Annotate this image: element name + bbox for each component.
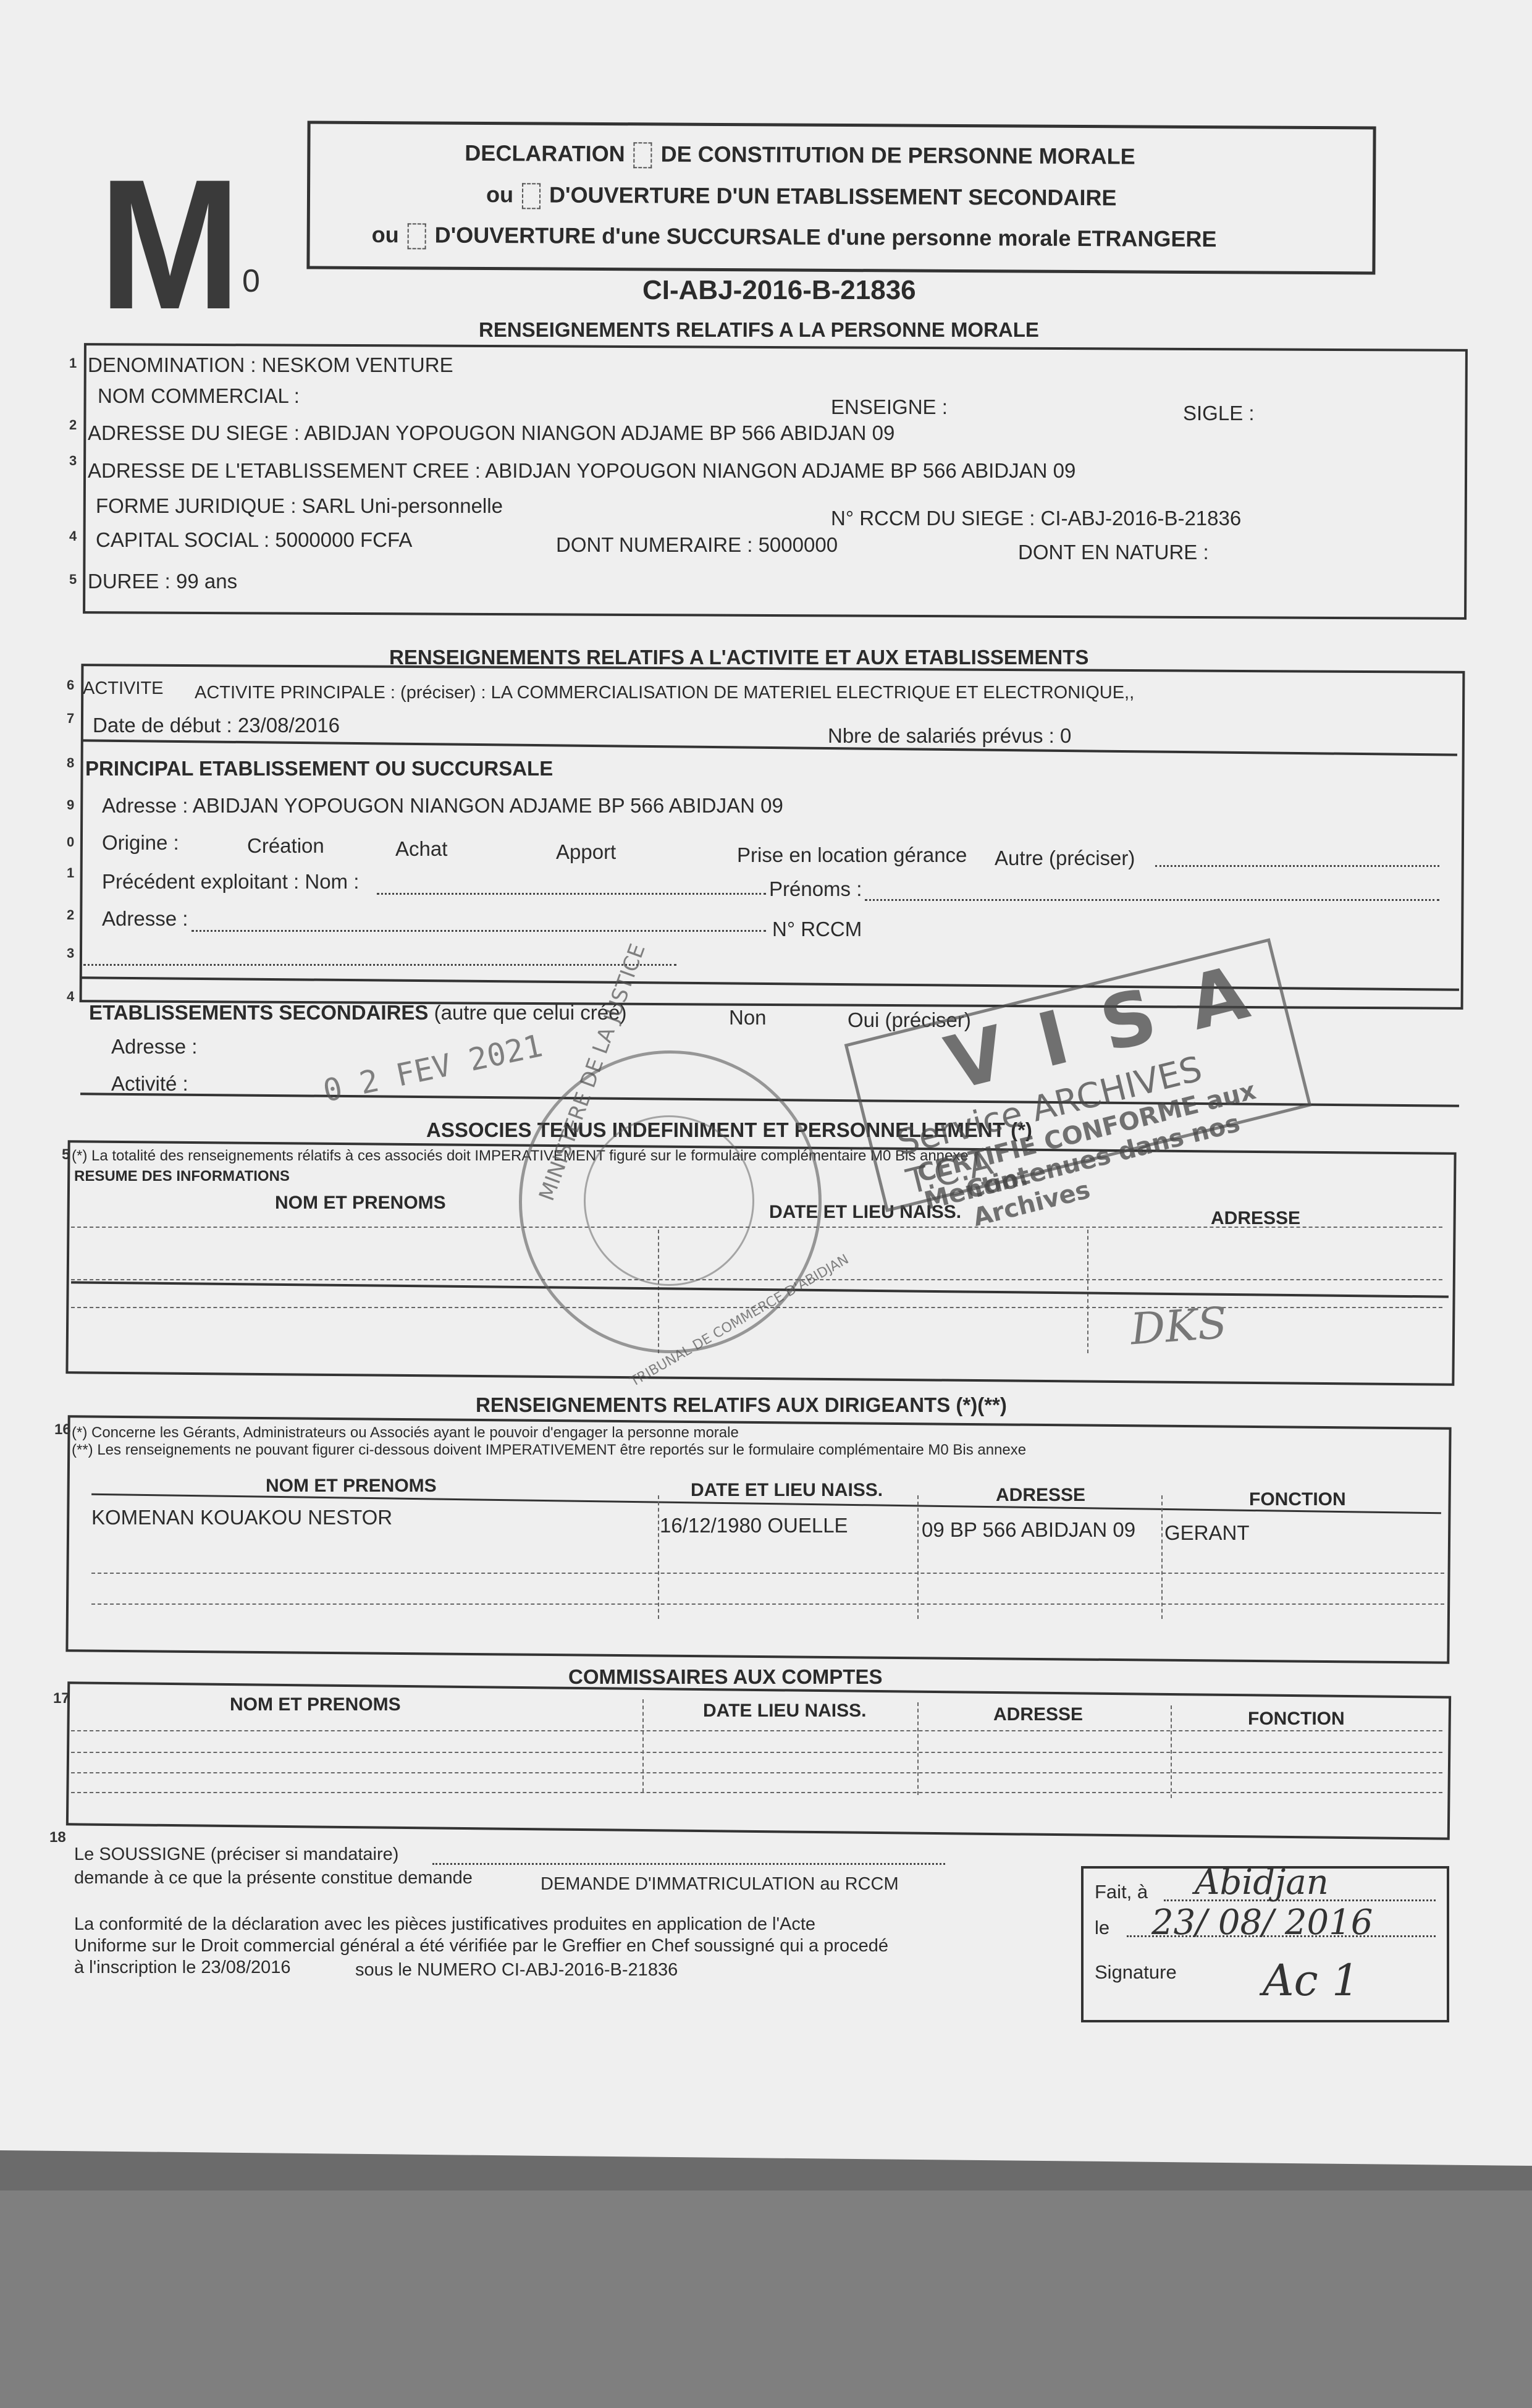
section-title-commissaires: COMMISSAIRES AUX COMPTES xyxy=(568,1665,883,1689)
commissaires-col-sep xyxy=(917,1702,919,1795)
line-number: 4 xyxy=(67,989,74,1005)
demande-label: demande à ce que la présente constitue d… xyxy=(74,1868,473,1888)
line-number: 0 xyxy=(67,834,74,850)
dirigeant-naissance: 16/12/1980 OUELLE xyxy=(660,1514,848,1537)
line-number: 7 xyxy=(67,711,74,727)
sigle: SIGLE : xyxy=(1183,402,1255,425)
commissaires-col-naissance: DATE LIEU NAISS. xyxy=(703,1700,866,1722)
secondaire-activite-label: Activité : xyxy=(111,1072,188,1096)
origine-autre-field[interactable] xyxy=(1155,865,1439,867)
capital-social: CAPITAL SOCIAL : 5000000 FCFA xyxy=(96,528,412,552)
origine-label: Origine : xyxy=(102,831,179,855)
secondaires-non[interactable]: Non xyxy=(729,1006,767,1029)
declaration-line-succursale: ouD'OUVERTURE d'une SUCCURSALE d'une per… xyxy=(372,222,1217,254)
dirigeants-col-sep xyxy=(917,1495,919,1619)
activite-principale: ACTIVITE PRINCIPALE : (préciser) : LA CO… xyxy=(195,683,1134,703)
signature-box: Fait, à Abidjan le 23/ 08/ 2016 Signatur… xyxy=(1081,1866,1449,2022)
dirigeants-col-fonction: FONCTION xyxy=(1249,1489,1346,1510)
dirigeants-col-adresse: ADRESSE xyxy=(996,1485,1085,1506)
duree: DUREE : 99 ans xyxy=(88,570,237,593)
nombre-salaries: Nbre de salariés prévus : 0 xyxy=(828,724,1071,748)
checkbox-constitution[interactable] xyxy=(634,143,652,169)
section-title-personne-morale: RENSEIGNEMENTS RELATIFS A LA PERSONNE MO… xyxy=(479,318,1039,342)
declaration-line-secondaire: ouD'OUVERTURE D'UN ETABLISSEMENT SECONDA… xyxy=(486,182,1117,213)
conformite-line-3: à l'inscription le 23/08/2016 xyxy=(74,1958,291,1978)
line-number: 2 xyxy=(67,907,74,923)
signature-value: Ac 1 xyxy=(1263,1955,1360,2006)
conformite-line-2: Uniforme sur le Droit commercial général… xyxy=(74,1936,888,1956)
origine-achat[interactable]: Achat xyxy=(395,837,447,861)
checkbox-succursale[interactable] xyxy=(408,224,426,250)
dirigeant-nom: KOMENAN KOUAKOU NESTOR xyxy=(91,1506,392,1529)
dirigeants-col-sep xyxy=(658,1495,659,1619)
associes-resume: RESUME DES INFORMATIONS xyxy=(74,1168,290,1185)
signature-label: Signature xyxy=(1095,1961,1177,1983)
tribunal-round-stamp: MINISTERE DE LA JUSTICE TRIBUNAL DE COMM… xyxy=(519,1050,822,1353)
dirigeant-fonction: GERANT xyxy=(1164,1521,1250,1545)
associes-col-adresse: ADRESSE xyxy=(1211,1208,1300,1229)
rccm-siege: N° RCCM DU SIEGE : CI-ABJ-2016-B-21836 xyxy=(831,507,1241,530)
associes-signature: DKS xyxy=(1129,1298,1229,1355)
commissaires-row-line xyxy=(71,1772,1442,1773)
fait-a-label: Fait, à xyxy=(1095,1881,1148,1903)
commissaires-col-sep xyxy=(1171,1705,1172,1798)
adresse-etablissement: ADRESSE DE L'ETABLISSEMENT CREE : ABIDJA… xyxy=(88,459,1075,483)
principal-etablissement-title: PRINCIPAL ETABLISSEMENT OU SUCCURSALE xyxy=(85,757,553,780)
precedent-nom-field[interactable] xyxy=(377,893,766,895)
activite-label: ACTIVITE xyxy=(83,678,164,699)
line-number: 3 xyxy=(67,945,74,961)
demande-type: DEMANDE D'IMMATRICULATION au RCCM xyxy=(541,1874,899,1895)
precedent-prenoms-field[interactable] xyxy=(865,899,1439,901)
origine-creation[interactable]: Création xyxy=(247,834,324,858)
denomination: DENOMINATION : NESKOM VENTURE xyxy=(88,353,453,377)
adresse-siege: ADRESSE DU SIEGE : ABIDJAN YOPOUGON NIAN… xyxy=(88,421,894,445)
principal-adresse: Adresse : ABIDJAN YOPOUGON NIANGON ADJAM… xyxy=(102,794,783,817)
secondaire-adresse-label: Adresse : xyxy=(111,1035,197,1058)
precedent-adresse-field[interactable] xyxy=(192,930,766,932)
date-label: le xyxy=(1095,1917,1109,1939)
declaration-box: DECLARATIONDE CONSTITUTION DE PERSONNE M… xyxy=(306,120,1376,274)
line-number: 1 xyxy=(69,355,77,371)
capital-numeraire: DONT NUMERAIRE : 5000000 xyxy=(556,533,838,557)
stamp-inner-ring xyxy=(584,1115,754,1286)
line-number: 1 xyxy=(67,865,74,881)
dirigeants-col-sep xyxy=(1161,1495,1163,1619)
dirigeants-note-1: (*) Concerne les Gérants, Administrateur… xyxy=(72,1424,739,1442)
form-code-letter: M xyxy=(99,151,235,337)
commissaires-row-line xyxy=(71,1730,1442,1731)
dirigeants-col-naissance: DATE ET LIEU NAISS. xyxy=(691,1480,883,1501)
origine-apport[interactable]: Apport xyxy=(556,840,616,864)
precedent-nom-label: Précédent exploitant : Nom : xyxy=(102,870,359,893)
line-number: 17 xyxy=(53,1690,70,1707)
commissaires-col-fonction: FONCTION xyxy=(1248,1709,1345,1730)
line-number: 3 xyxy=(69,453,77,469)
form-code-subscript: 0 xyxy=(242,263,260,300)
date-debut: Date de début : 23/08/2016 xyxy=(93,714,340,737)
registration-number: CI-ABJ-2016-B-21836 xyxy=(642,275,916,306)
numero-inscription: sous le NUMERO CI-ABJ-2016-B-21836 xyxy=(355,1960,678,1980)
line-number: 5 xyxy=(62,1146,70,1164)
commissaires-col-nom: NOM ET PRENOMS xyxy=(230,1694,401,1715)
declaration-line-constitution: DECLARATIONDE CONSTITUTION DE PERSONNE M… xyxy=(465,140,1135,171)
nom-commercial: NOM COMMERCIAL : xyxy=(98,384,300,408)
precedent-rccm-label: N° RCCM xyxy=(772,918,862,941)
soussigne-label: Le SOUSSIGNE (préciser si mandataire) xyxy=(74,1844,398,1865)
dirigeants-note-2: (**) Les renseignements ne pouvant figur… xyxy=(72,1442,1026,1459)
dirigeants-row-line xyxy=(91,1573,1444,1574)
enseigne: ENSEIGNE : xyxy=(831,395,948,419)
commissaires-row-line xyxy=(71,1752,1442,1753)
date-value: 23/ 08/ 2016 xyxy=(1151,1903,1373,1943)
etablissements-secondaires-title: ETABLISSEMENTS SECONDAIRES (autre que ce… xyxy=(89,1001,626,1024)
line-number: 4 xyxy=(69,528,77,544)
capital-nature: DONT EN NATURE : xyxy=(1018,541,1209,564)
line-number: 18 xyxy=(49,1829,66,1846)
soussigne-field[interactable] xyxy=(432,1863,945,1865)
dirigeant-adresse: 09 BP 566 ABIDJAN 09 xyxy=(922,1518,1135,1542)
line-number: 16 xyxy=(54,1421,71,1438)
associes-col-nom: NOM ET PRENOMS xyxy=(275,1193,446,1214)
commissaires-col-sep xyxy=(642,1699,644,1792)
precedent-prenoms-label: Prénoms : xyxy=(769,877,862,901)
precedent-adresse-label: Adresse : xyxy=(102,907,188,931)
line-number: 2 xyxy=(69,417,77,433)
commissaires-col-adresse: ADRESSE xyxy=(993,1704,1083,1725)
document-page: M 0 DECLARATIONDE CONSTITUTION DE PERSON… xyxy=(0,0,1532,2181)
associes-note: (*) La totalité des renseignements rélat… xyxy=(72,1147,969,1165)
dirigeants-row-line xyxy=(91,1603,1444,1605)
origine-autre[interactable]: Autre (préciser) xyxy=(995,847,1135,870)
line-number: 8 xyxy=(67,755,74,771)
conformite-line-1: La conformité de la déclaration avec les… xyxy=(74,1914,815,1935)
origine-location-gerance[interactable]: Prise en location gérance xyxy=(737,843,967,867)
line-number: 5 xyxy=(69,572,77,588)
commissaires-row-line xyxy=(71,1792,1442,1793)
forme-juridique: FORME JURIDIQUE : SARL Uni-personnelle xyxy=(96,494,503,518)
section-title-dirigeants: RENSEIGNEMENTS RELATIFS AUX DIRIGEANTS (… xyxy=(476,1393,1007,1417)
checkbox-secondaire[interactable] xyxy=(522,184,541,209)
line-number: 6 xyxy=(67,677,74,693)
line-13-field[interactable] xyxy=(83,964,676,966)
line-number: 9 xyxy=(67,797,74,813)
dirigeants-col-nom: NOM ET PRENOMS xyxy=(266,1476,437,1497)
fait-a-value: Abidjan xyxy=(1195,1862,1329,1903)
